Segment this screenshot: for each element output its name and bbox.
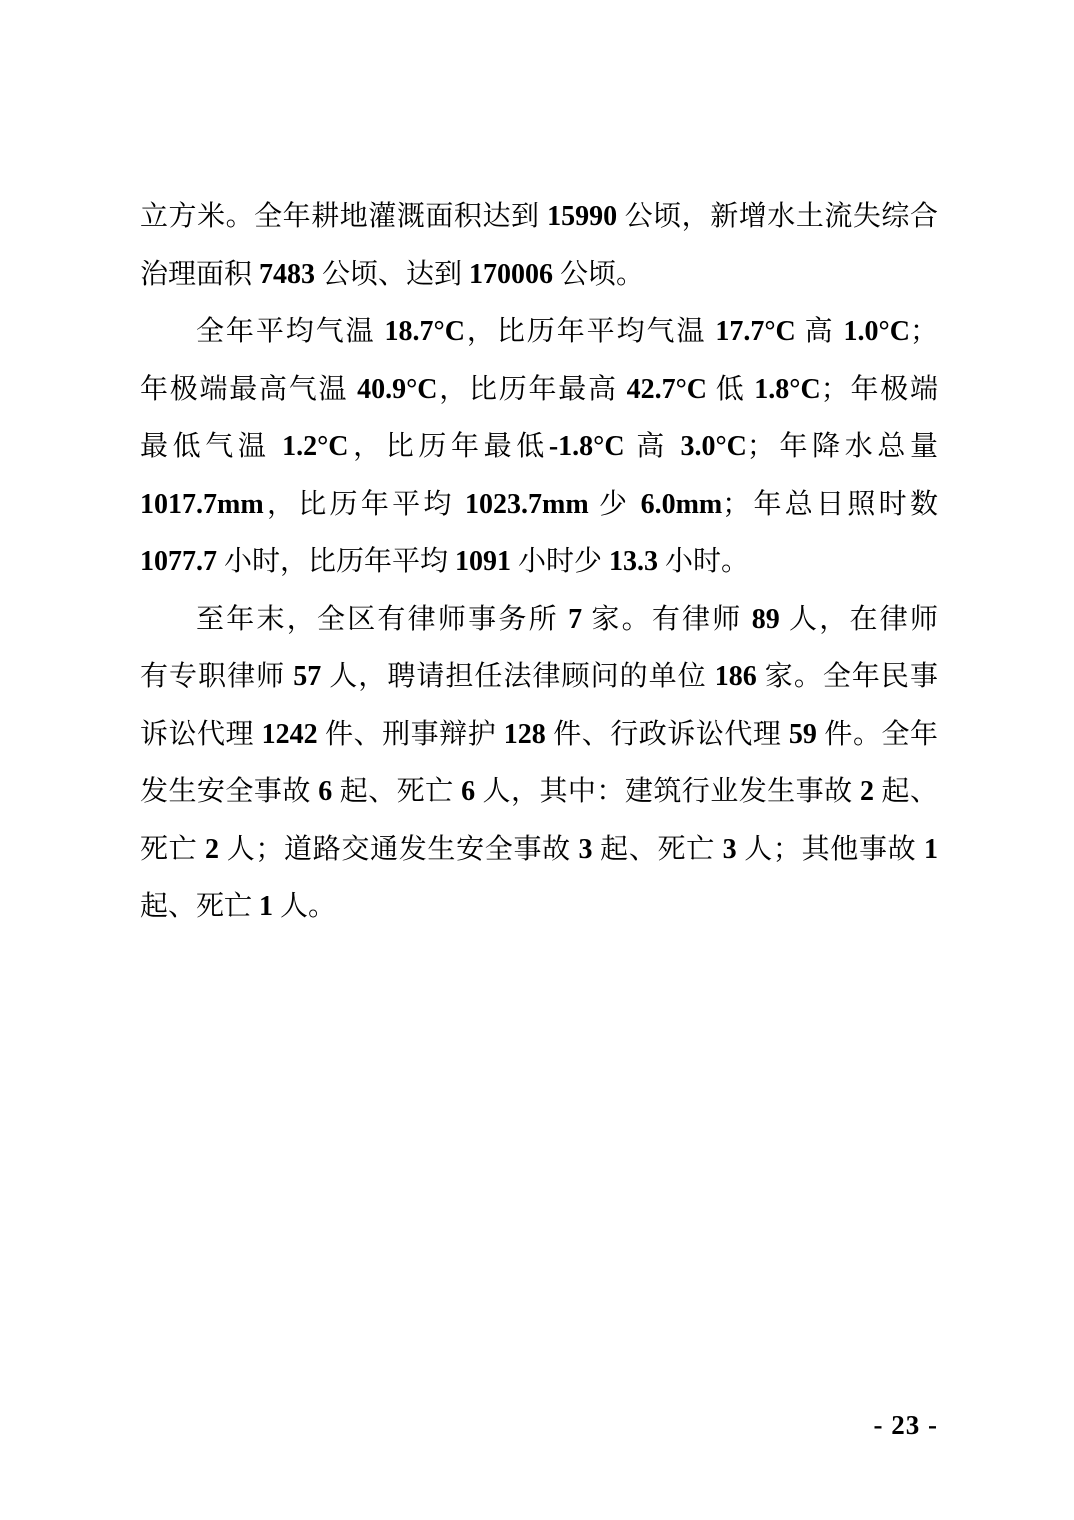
page-number: - 23 - [874, 1410, 938, 1441]
text-line: 立方米。全年耕地灌溉面积达到 15990 公顷，新增水土流失综合 [140, 188, 938, 246]
text-line: 1017.7mm，比历年平均 1023.7mm 少 6.0mm；年总日照时数 [140, 476, 938, 534]
text-line: 死亡 2 人；道路交通发生安全事故 3 起、死亡 3 人；其他事故 1 [140, 821, 938, 879]
text-line: 至年末，全区有律师事务所 7 家。有律师 89 人，在律师中： [140, 591, 938, 649]
text-line: 年极端最高气温 40.9°C，比历年最高 42.7°C 低 1.8°C；年极端 [140, 361, 938, 419]
text-line: 治理面积 7483 公顷、达到 170006 公顷。 [140, 246, 938, 304]
text-line: 发生安全事故 6 起、死亡 6 人，其中：建筑行业发生事故 2 起、 [140, 763, 938, 821]
text-line: 起、死亡 1 人。 [140, 878, 938, 936]
text-line: 最低气温 1.2°C，比历年最低-1.8°C 高 3.0°C；年降水总量 [140, 418, 938, 476]
text-line: 诉讼代理 1242 件、刑事辩护 128 件、行政诉讼代理 59 件。全年 [140, 706, 938, 764]
text-line: 有专职律师 57 人，聘请担任法律顾问的单位 186 家。全年民事 [140, 648, 938, 706]
text-line: 1077.7 小时，比历年平均 1091 小时少 13.3 小时。 [140, 533, 938, 591]
document-body: 立方米。全年耕地灌溉面积达到 15990 公顷，新增水土流失综合 治理面积 74… [140, 188, 938, 936]
text-line: 全年平均气温 18.7°C，比历年平均气温 17.7°C 高 1.0°C； [140, 303, 938, 361]
document-page: 立方米。全年耕地灌溉面积达到 15990 公顷，新增水土流失综合 治理面积 74… [0, 0, 1074, 1520]
